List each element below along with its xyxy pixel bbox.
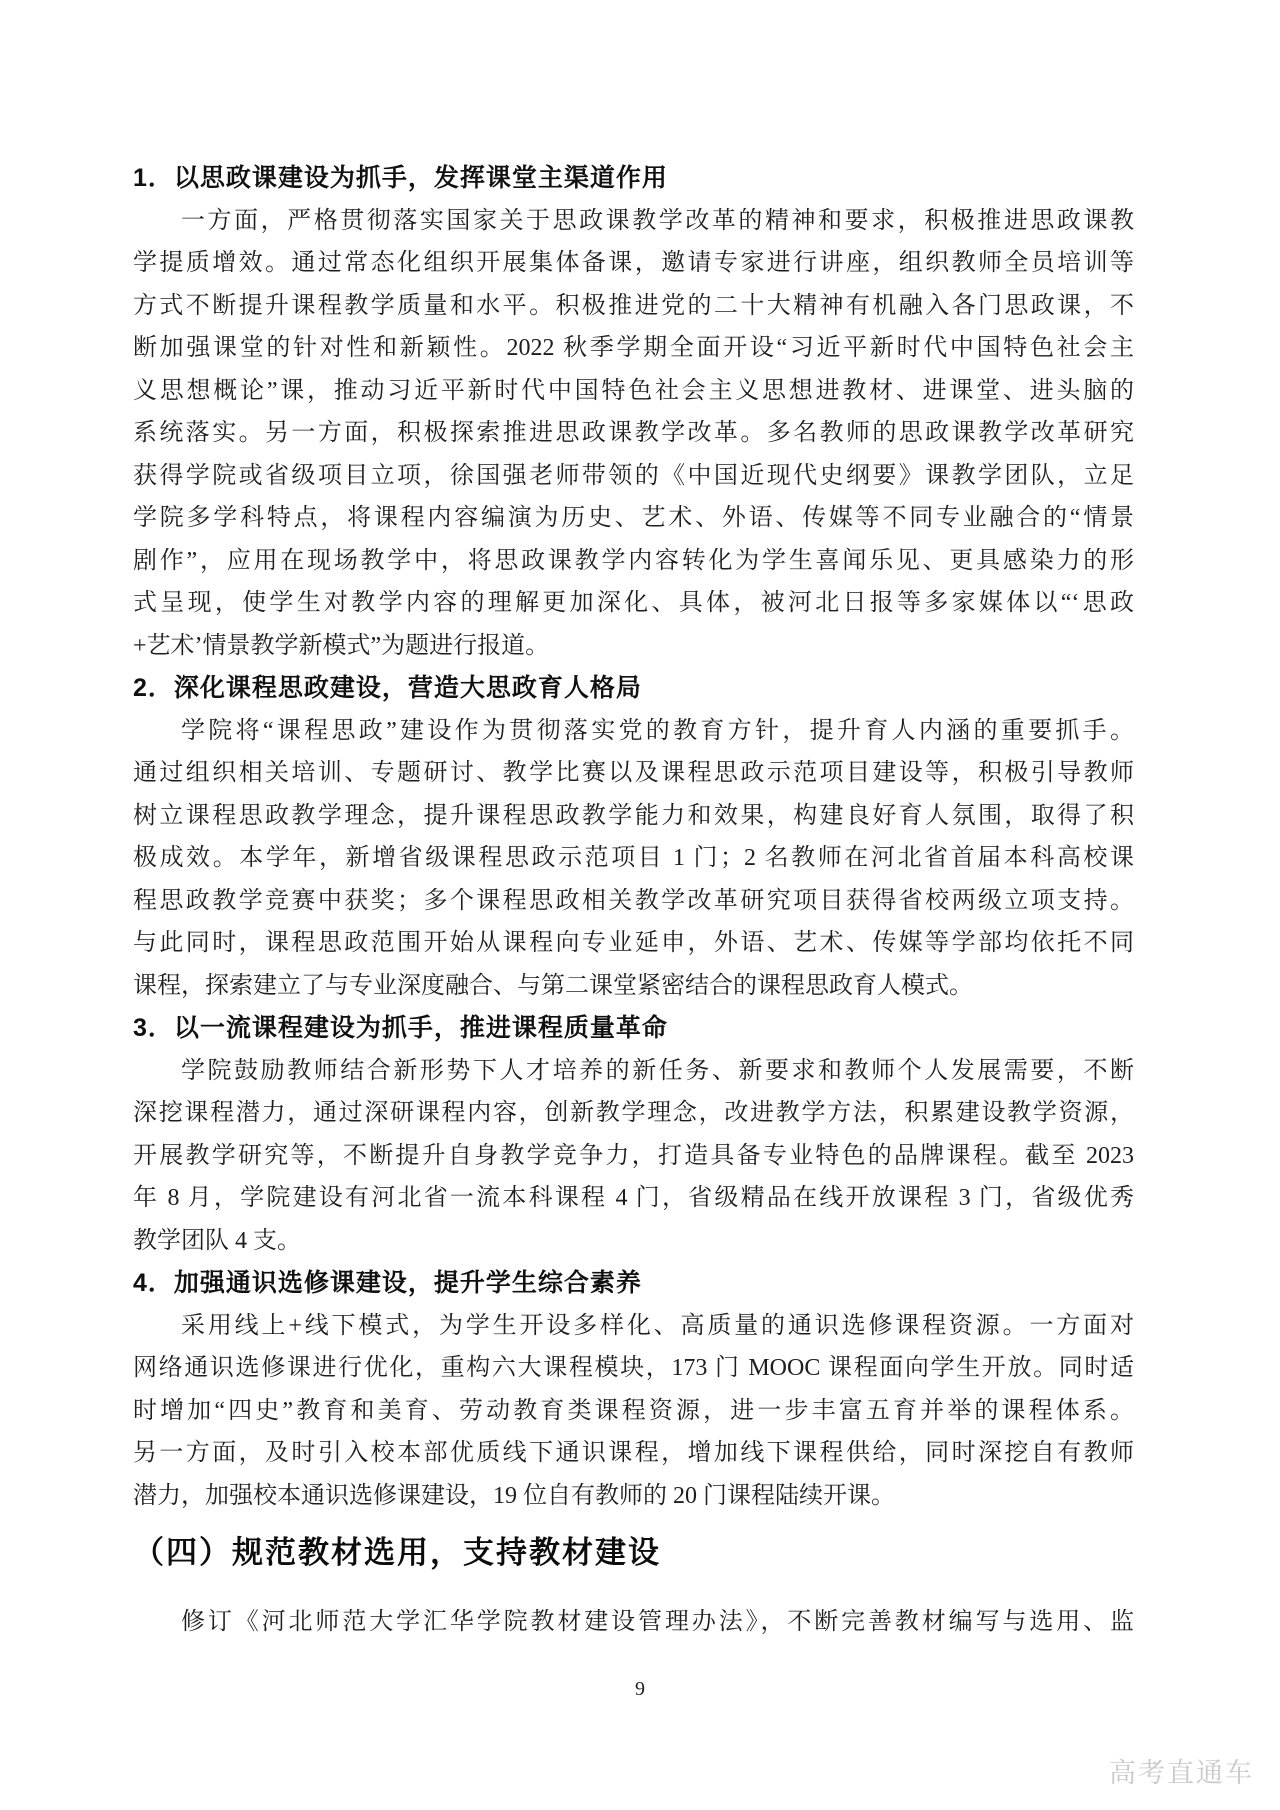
document-content: 1．以思政课建设为抓手，发挥课堂主渠道作用 一方面，严格贯彻落实国家关于思政课教… [133,157,1134,1644]
text-line: 极成效。本学年，新增省级课程思政示范项目 1 门；2 名教师在河北省首届本科高校… [133,837,1134,880]
text-line: 另一方面，及时引入校本部优质线下通识课程，增加线下课程供给，同时深挖自有教师 [133,1432,1134,1475]
section-3-heading: 3．以一流课程建设为抓手，推进课程质量革命 [133,1007,1134,1050]
section-5-heading: （四）规范教材选用，支持教材建设 [133,1527,1134,1579]
text-line: 剧作”，应用在现场教学中，将思政课教学内容转化为学生喜闻乐见、更具感染力的形 [133,540,1134,583]
section-2-paragraph: 学院将“课程思政”建设作为贯彻落实党的教育方针，提升育人内涵的重要抓手。通过组织… [133,710,1134,1008]
text-line: 学提质增效。通过常态化组织开展集体备课，邀请专家进行讲座，组织教师全员培训等 [133,242,1134,285]
text-line: 一方面，严格贯彻落实国家关于思政课教学改革的精神和要求，积极推进思政课教 [133,200,1134,243]
watermark: 高考直通车 [1109,1751,1254,1790]
text-line: 树立课程思政教学理念，提升课程思政教学能力和效果，构建良好育人氛围，取得了积 [133,795,1134,838]
section-1-paragraph: 一方面，严格贯彻落实国家关于思政课教学改革的精神和要求，积极推进思政课教学提质增… [133,200,1134,668]
text-line: 学院多学科特点，将课程内容编演为历史、艺术、外语、传媒等不同专业融合的“情景 [133,497,1134,540]
text-line: 年 8 月，学院建设有河北省一流本科课程 4 门，省级精品在线开放课程 3 门，… [133,1177,1134,1220]
text-line: 课程，探索建立了与专业深度融合、与第二课堂紧密结合的课程思政育人模式。 [133,965,1134,1008]
section-2-heading: 2．深化课程思政建设，营造大思政育人格局 [133,667,1134,710]
text-line: 深挖课程潜力，通过深研课程内容，创新教学理念，改进教学方法，积累建设教学资源， [133,1092,1134,1135]
section-5-paragraph: 修订《河北师范大学汇华学院教材建设管理办法》，不断完善教材编写与选用、监 [133,1601,1134,1644]
text-line: 式呈现，使学生对教学内容的理解更加深化、具体，被河北日报等多家媒体以“‘思政 [133,582,1134,625]
text-line: 学院将“课程思政”建设作为贯彻落实党的教育方针，提升育人内涵的重要抓手。 [133,710,1134,753]
text-line: 采用线上+线下模式，为学生开设多样化、高质量的通识选修课程资源。一方面对 [133,1305,1134,1348]
text-line: 时增加“四史”教育和美育、劳动教育类课程资源，进一步丰富五育并举的课程体系。 [133,1390,1134,1433]
text-line: +艺术’情景教学新模式”为题进行报道。 [133,625,1134,668]
text-line: 获得学院或省级项目立项，徐国强老师带领的《中国近现代史纲要》课教学团队，立足 [133,455,1134,498]
page-number: 9 [0,1678,1280,1701]
section-1-heading: 1．以思政课建设为抓手，发挥课堂主渠道作用 [133,157,1134,200]
section-3-paragraph: 学院鼓励教师结合新形势下人才培养的新任务、新要求和教师个人发展需要，不断深挖课程… [133,1050,1134,1263]
text-line: 与此同时，课程思政范围开始从课程向专业延申，外语、艺术、传媒等学部均依托不同 [133,922,1134,965]
text-line: 义思想概论”课，推动习近平新时代中国特色社会主义思想进教材、进课堂、进头脑的 [133,370,1134,413]
text-line: 网络通识选修课进行优化，重构六大课程模块，173 门 MOOC 课程面向学生开放… [133,1347,1134,1390]
text-line: 学院鼓励教师结合新形势下人才培养的新任务、新要求和教师个人发展需要，不断 [133,1050,1134,1093]
text-line: 断加强课堂的针对性和新颖性。2022 秋季学期全面开设“习近平新时代中国特色社会… [133,327,1134,370]
text-line: 方式不断提升课程教学质量和水平。积极推进党的二十大精神有机融入各门思政课，不 [133,285,1134,328]
section-4-heading: 4．加强通识选修课建设，提升学生综合素养 [133,1262,1134,1305]
text-line: 教学团队 4 支。 [133,1220,1134,1263]
text-line: 程思政教学竞赛中获奖；多个课程思政相关教学改革研究项目获得省校两级立项支持。 [133,880,1134,923]
document-page: 1．以思政课建设为抓手，发挥课堂主渠道作用 一方面，严格贯彻落实国家关于思政课教… [0,0,1280,1810]
text-line: 修订《河北师范大学汇华学院教材建设管理办法》，不断完善教材编写与选用、监 [133,1601,1134,1644]
text-line: 通过组织相关培训、专题研讨、教学比赛以及课程思政示范项目建设等，积极引导教师 [133,752,1134,795]
text-line: 潜力，加强校本通识选修课建设，19 位自有教师的 20 门课程陆续开课。 [133,1475,1134,1518]
text-line: 开展教学研究等，不断提升自身教学竞争力，打造具备专业特色的品牌课程。截至 202… [133,1135,1134,1178]
text-line: 系统落实。另一方面，积极探索推进思政课教学改革。多名教师的思政课教学改革研究 [133,412,1134,455]
section-4-paragraph: 采用线上+线下模式，为学生开设多样化、高质量的通识选修课程资源。一方面对网络通识… [133,1305,1134,1518]
